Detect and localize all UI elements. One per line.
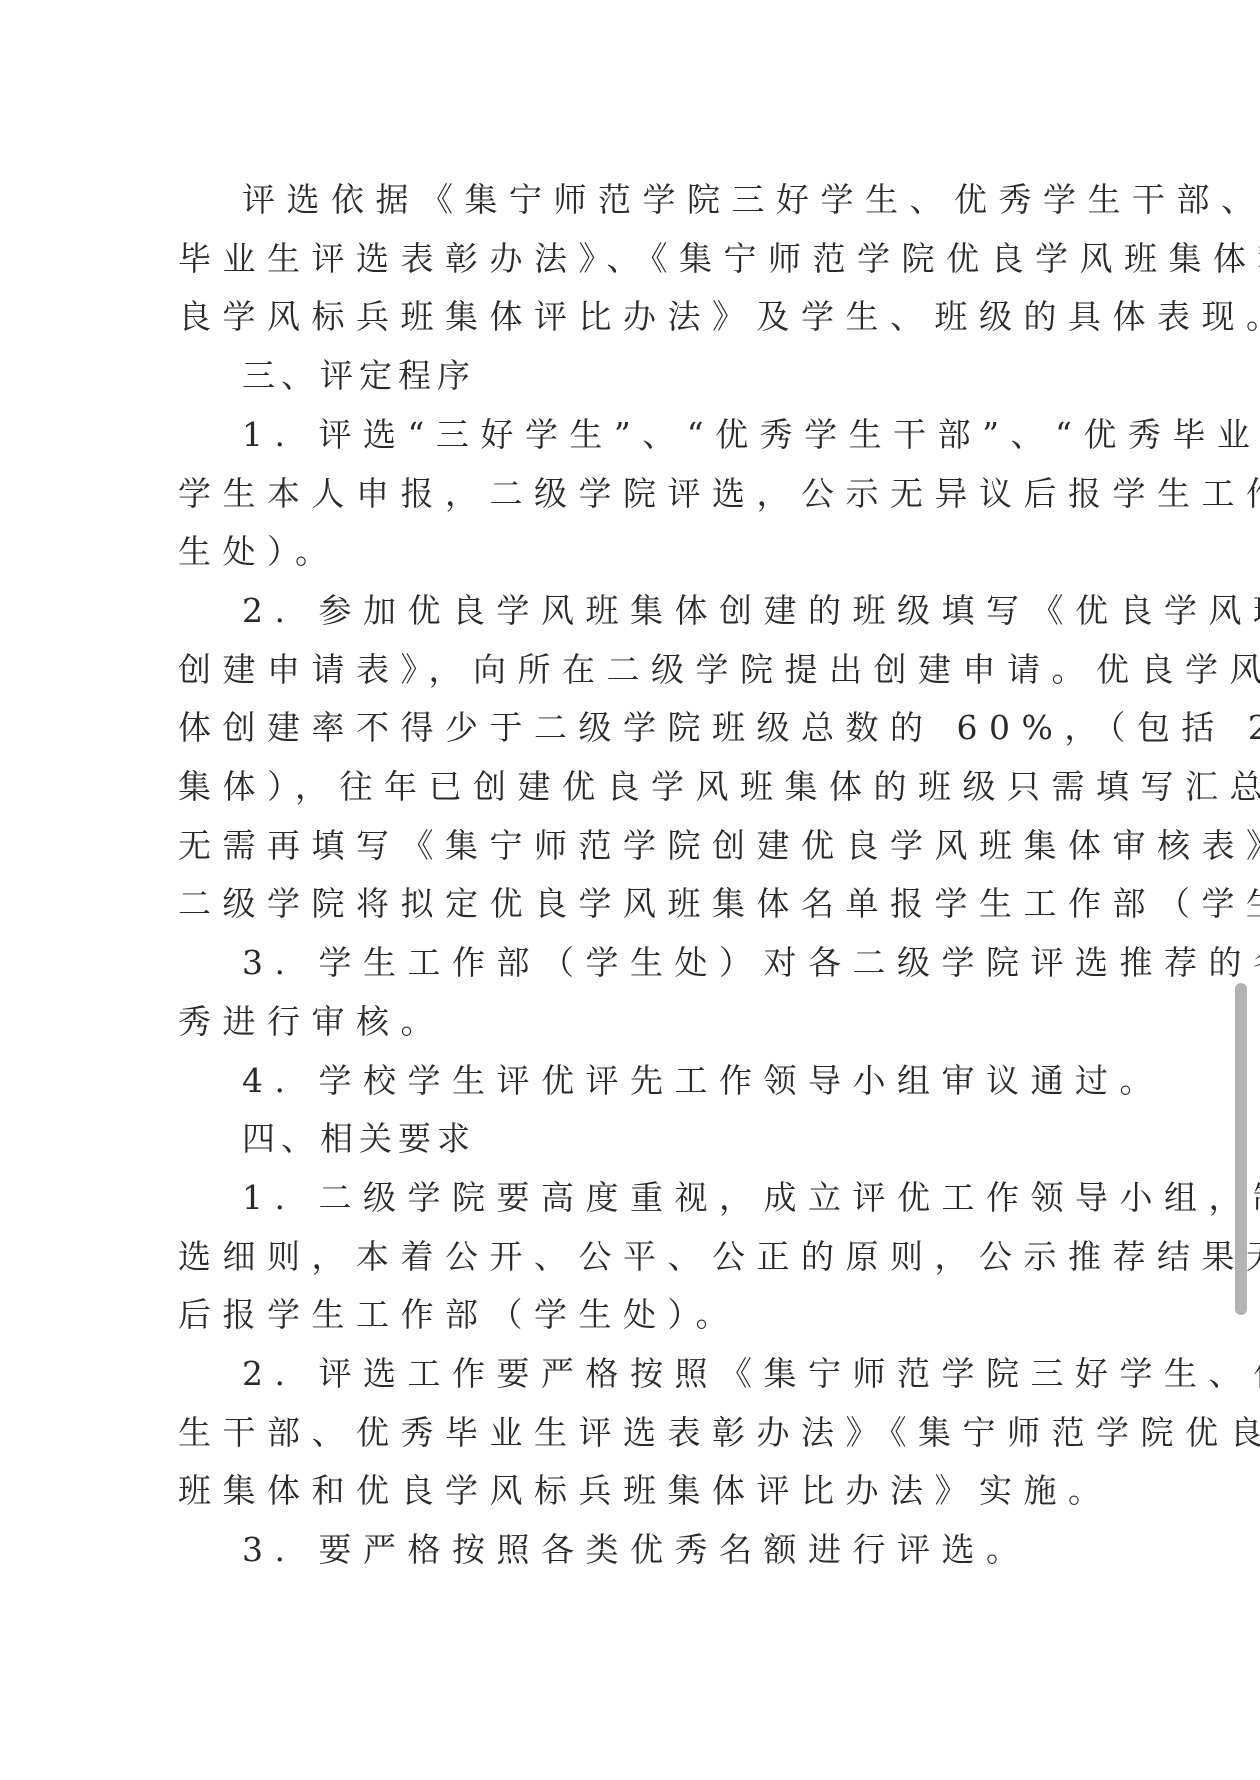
text-line: 评选依据《集宁师范学院三好学生、优秀学生干部、优秀 xyxy=(178,171,1088,230)
text-line: 二级学院将拟定优良学风班集体名单报学生工作部（学生处）。 xyxy=(178,875,1088,934)
document-page: 评选依据《集宁师范学院三好学生、优秀学生干部、优秀 毕业生评选表彰办法》、《集宁… xyxy=(178,171,1088,1580)
heading-text: 四、相关要求 xyxy=(178,1110,1088,1169)
text-line: 创建申请表》，向所在二级学院提出创建申请。优良学风班集 xyxy=(178,641,1088,700)
section-heading-requirements: 四、相关要求 xyxy=(178,1110,1088,1169)
text-line: 生处）。 xyxy=(178,523,1088,582)
text-line: 3. 要严格按照各类优秀名额进行评选。 xyxy=(178,1521,1088,1580)
paragraph-requirement-3: 3. 要严格按照各类优秀名额进行评选。 xyxy=(178,1521,1088,1580)
text-line: 良学风标兵班集体评比办法》及学生、班级的具体表现。 xyxy=(178,288,1088,347)
text-line: 1. 二级学院要高度重视，成立评优工作领导小组，制定评 xyxy=(178,1169,1088,1228)
text-line: 选细则，本着公开、公平、公正的原则，公示推荐结果无异议 xyxy=(178,1228,1088,1287)
text-line: 生干部、优秀毕业生评选表彰办法》《集宁师范学院优良学风 xyxy=(178,1404,1088,1463)
text-line: 1. 评选“三好学生”、“优秀学生干部”、“优秀毕业生”的 xyxy=(178,406,1088,465)
text-line: 秀进行审核。 xyxy=(178,993,1088,1052)
text-line: 毕业生评选表彰办法》、《集宁师范学院优良学风班集体和优 xyxy=(178,230,1088,289)
paragraph-procedure-1: 1. 评选“三好学生”、“优秀学生干部”、“优秀毕业生”的 学生本人申报，二级学… xyxy=(178,406,1088,582)
section-heading-procedure: 三、评定程序 xyxy=(178,347,1088,406)
text-line: 集体），往年已创建优良学风班集体的班级只需填写汇总表， xyxy=(178,758,1088,817)
heading-text: 三、评定程序 xyxy=(178,347,1088,406)
text-line: 4. 学校学生评优评先工作领导小组审议通过。 xyxy=(178,1052,1088,1111)
text-line: 学生本人申报，二级学院评选，公示无异议后报学生工作部（学 xyxy=(178,465,1088,524)
text-line: 2. 评选工作要严格按照《集宁师范学院三好学生、优秀学 xyxy=(178,1345,1088,1404)
paragraph-procedure-4: 4. 学校学生评优评先工作领导小组审议通过。 xyxy=(178,1052,1088,1111)
text-line: 班集体和优良学风标兵班集体评比办法》实施。 xyxy=(178,1462,1088,1521)
text-line: 2. 参加优良学风班集体创建的班级填写《优良学风班集体 xyxy=(178,582,1088,641)
text-line: 体创建率不得少于二级学院班级总数的 60%，（包括 2025 级班 xyxy=(178,699,1088,758)
text-line: 无需再填写《集宁师范学院创建优良学风班集体审核表》。各 xyxy=(178,817,1088,876)
text-line: 3. 学生工作部（学生处）对各二级学院评选推荐的各类优 xyxy=(178,934,1088,993)
paragraph-requirement-1: 1. 二级学院要高度重视，成立评优工作领导小组，制定评 选细则，本着公开、公平、… xyxy=(178,1169,1088,1345)
vertical-scrollbar-thumb[interactable] xyxy=(1235,983,1247,1315)
text-line: 后报学生工作部（学生处）。 xyxy=(178,1286,1088,1345)
paragraph-requirement-2: 2. 评选工作要严格按照《集宁师范学院三好学生、优秀学 生干部、优秀毕业生评选表… xyxy=(178,1345,1088,1521)
paragraph-procedure-2: 2. 参加优良学风班集体创建的班级填写《优良学风班集体 创建申请表》，向所在二级… xyxy=(178,582,1088,934)
paragraph-procedure-3: 3. 学生工作部（学生处）对各二级学院评选推荐的各类优 秀进行审核。 xyxy=(178,934,1088,1051)
paragraph-evaluation-basis: 评选依据《集宁师范学院三好学生、优秀学生干部、优秀 毕业生评选表彰办法》、《集宁… xyxy=(178,171,1088,347)
